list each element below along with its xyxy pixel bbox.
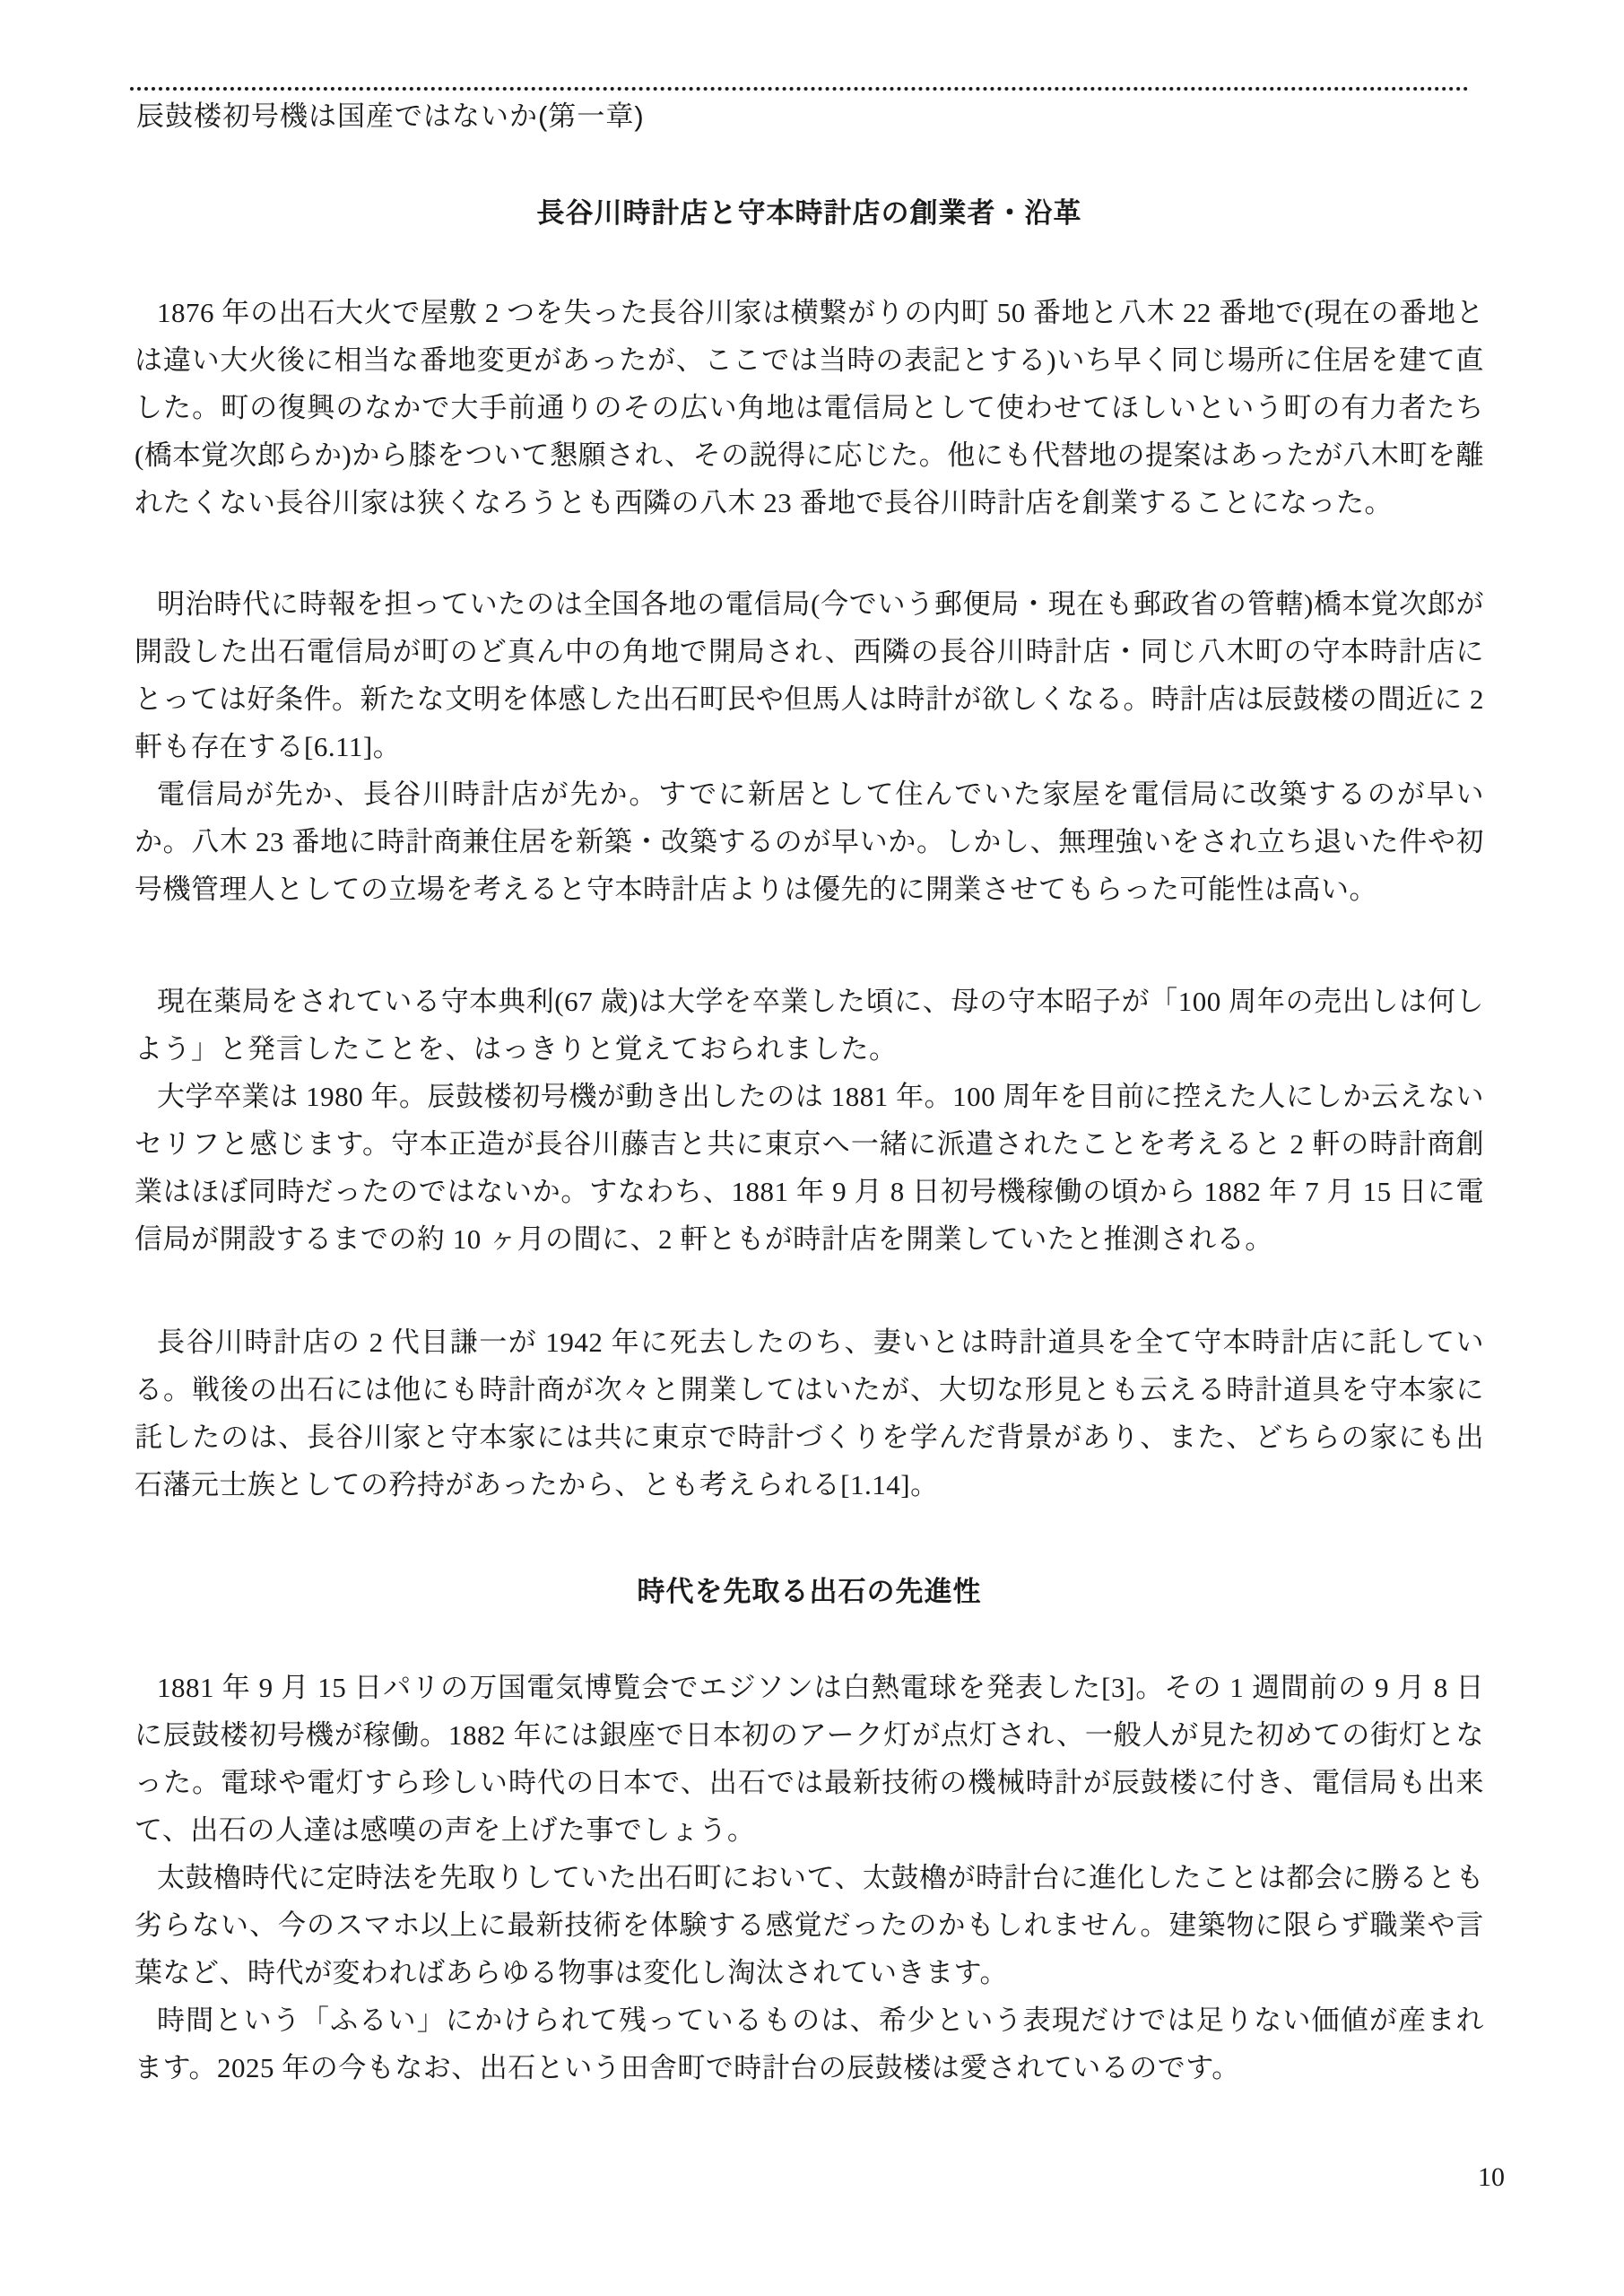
running-header-title: 辰鼓楼初号機は国産ではないか(第一章): [136, 99, 645, 135]
paragraph: 太鼓櫓時代に定時法を先取りしていた出石町において、太鼓櫓が時計台に進化したことは…: [135, 1854, 1484, 1996]
header-divider-rule: [130, 87, 1469, 91]
paragraph: 長谷川時計店の 2 代目謙一が 1942 年に死去したのち、妻いとは時計道具を全…: [135, 1318, 1484, 1509]
section-heading-founders-history: 長谷川時計店と守本時計店の創業者・沿革: [135, 196, 1484, 231]
section-heading-izushi-progressiveness: 時代を先取る出石の先進性: [135, 1574, 1484, 1610]
paragraph: 1876 年の出石大火で屋敷 2 つを失った長谷川家は横繋がりの内町 50 番地…: [135, 289, 1484, 526]
page-number: 10: [1478, 2161, 1505, 2194]
paragraph: 1881 年 9 月 15 日パリの万国電気博覧会でエジソンは白熱電球を発表した…: [135, 1664, 1484, 1854]
paragraph: 明治時代に時報を担っていたのは全国各地の電信局(今でいう郵便局・現在も郵政省の管…: [135, 580, 1484, 770]
paragraph: 現在薬局をされている守本典利(67 歳)は大学を卒業した頃に、母の守本昭子が「1…: [135, 978, 1484, 1073]
paragraph: 電信局が先か、長谷川時計店が先か。すでに新居として住んでいた家屋を電信局に改築す…: [135, 770, 1484, 913]
paragraph: 時間という「ふるい」にかけられて残っているものは、希少という表現だけでは足りない…: [135, 1996, 1484, 2092]
document-page: 辰鼓楼初号機は国産ではないか(第一章) 長谷川時計店と守本時計店の創業者・沿革 …: [0, 0, 1624, 2296]
paragraph: 大学卒業は 1980 年。辰鼓楼初号機が動き出したのは 1881 年。100 周…: [135, 1073, 1484, 1263]
page-body: 長谷川時計店と守本時計店の創業者・沿革 1876 年の出石大火で屋敷 2 つを失…: [135, 179, 1484, 2092]
